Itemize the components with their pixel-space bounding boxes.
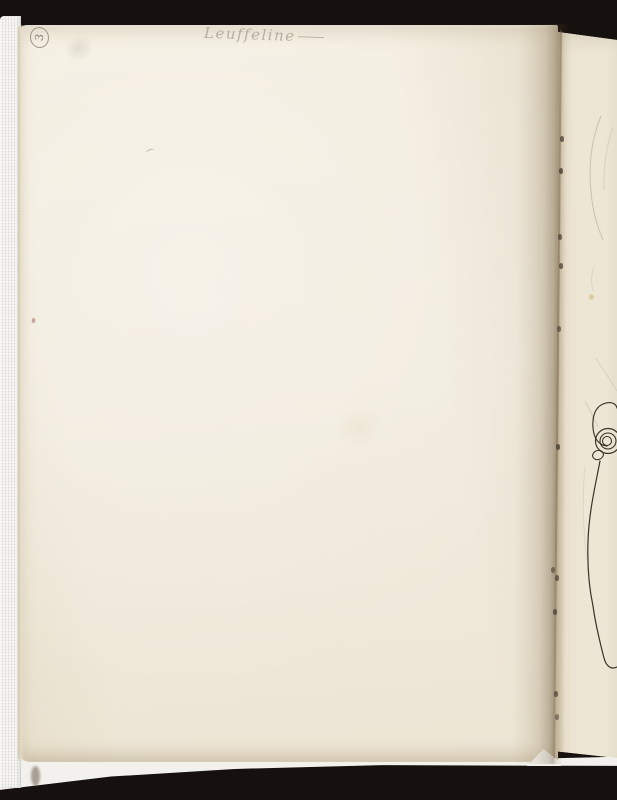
corner-smudge (31, 766, 40, 786)
foxing-spot (589, 294, 594, 300)
stitch-mark (560, 136, 564, 142)
stitch-mark (555, 714, 559, 720)
stitch-mark (551, 567, 555, 573)
edge-fleck (32, 318, 35, 323)
stitch-mark (557, 326, 561, 332)
left-page: 3 Leuffeline (18, 25, 558, 762)
folio-number-stamp: 3 (29, 26, 51, 49)
handwritten-inscription: Leuffeline (204, 24, 324, 46)
page-edge-stack (18, 25, 24, 762)
stitch-mark (553, 609, 557, 615)
right-page-edge (558, 32, 617, 758)
stitch-mark (556, 444, 560, 450)
stitch-mark (558, 234, 562, 240)
stitch-mark (555, 575, 559, 581)
faint-stain (336, 407, 382, 447)
stitch-mark (559, 168, 563, 174)
stitch-mark (559, 263, 563, 269)
folio-number: 3 (33, 33, 45, 42)
graphite-smudge (60, 29, 99, 67)
stitch-mark (554, 691, 558, 697)
tiny-pencil-mark (145, 148, 155, 156)
sketchbook-photo: 3 Leuffeline (0, 0, 617, 800)
